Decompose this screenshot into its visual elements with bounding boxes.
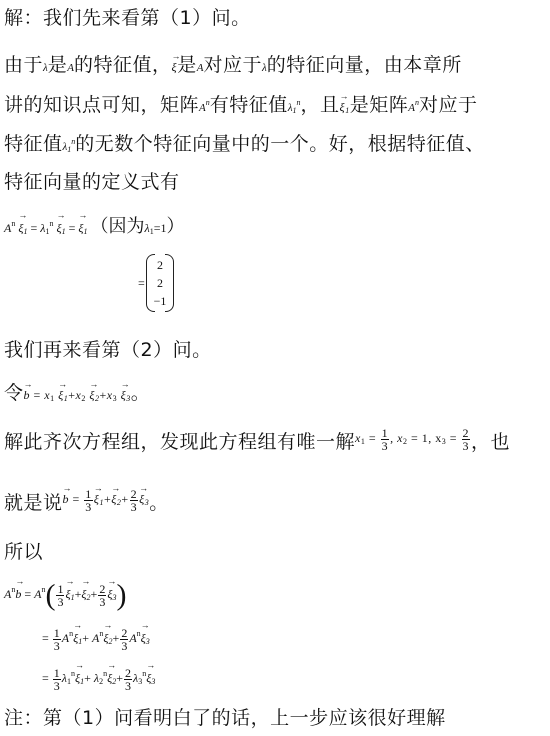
para1-line2: 讲的知识点可知，矩阵An有特征值λ1n，且ξ1是矩阵An对应于 (4, 88, 477, 123)
text: 的无数个特征向量中的一个。好，根据特征值、 (75, 133, 485, 155)
part2-heading: 我们再来看第（2）问。 (4, 338, 212, 362)
sub: 1 (84, 227, 88, 236)
derivation-line1: Anb = An(13ξ1+ξ2+23ξ3) (4, 580, 126, 608)
x2-value: = 1, x (407, 431, 441, 445)
text: 由于 (4, 54, 43, 76)
xi1-vector: ξ1 (58, 376, 68, 411)
note-open: （因为 (91, 216, 145, 237)
solve-line2: 就是说b = 13ξ1+ξ2+23ξ3。 (4, 486, 169, 521)
condition: =1 (154, 221, 167, 235)
cell: 2 (140, 274, 180, 292)
b-vector: b (24, 376, 31, 407)
A: A (129, 631, 136, 645)
cell: 2 (140, 256, 180, 274)
xi1-vector: ξ1 (94, 480, 104, 515)
fraction: 13 (56, 583, 64, 608)
x2-label: , x (390, 431, 403, 445)
para1-line4: 特征向量的定义式有 (4, 170, 180, 194)
note-close: ） (167, 216, 185, 237)
fraction: 23 (124, 667, 132, 692)
numerator: 1 (84, 488, 93, 501)
text: 讲的知识点可知，矩阵 (4, 94, 199, 116)
b-vector: b (63, 480, 70, 511)
sub: 3 (126, 394, 131, 403)
fraction: 23 (98, 583, 106, 608)
sub: 1 (64, 394, 69, 403)
xi3-vector: ξ3 (107, 580, 116, 602)
text: 是矩阵 (350, 94, 409, 116)
fraction: 23 (120, 627, 128, 652)
denominator: 3 (56, 596, 64, 608)
solve-line1: 解此齐次方程组，发现此方程组有唯一解x1 = 13, x2 = 1, x3 = … (4, 430, 510, 460)
numerator: 1 (381, 427, 390, 440)
xi2-vector: ξ2 (89, 376, 99, 411)
xi3-vector: ξ3 (121, 376, 131, 411)
xi1-vector: ξ1 (73, 624, 82, 646)
denominator: 3 (130, 501, 139, 513)
note: 注：第（1）问看明白了的话，上一步应该很好理解 (4, 706, 446, 730)
A: A (408, 102, 415, 114)
text: ，也 (471, 431, 510, 453)
equation-1: An ξ1 = λ1n ξ1 = ξ1 （因为λ1=1） (4, 212, 185, 238)
exp-n: n (11, 219, 15, 228)
numerator: 1 (56, 583, 64, 596)
fraction: 13 (381, 427, 390, 452)
ling-line: 令b = x1 ξ1+x2 ξ2+x3 ξ3。 (4, 376, 150, 411)
text: 特征值 (4, 133, 63, 155)
text: 就是说 (4, 492, 63, 514)
text: 是 (48, 54, 68, 76)
right-paren (165, 254, 174, 312)
numerator: 2 (120, 627, 128, 640)
sub: 1 (23, 227, 27, 236)
plus: + (68, 388, 75, 402)
sub: 1 (62, 227, 66, 236)
cell: −1 (140, 292, 180, 310)
text: 的特征向量，由本章所 (267, 54, 462, 76)
matrix-An: An (199, 102, 210, 114)
numerator: 2 (130, 488, 139, 501)
linear-combination: b = x1 ξ1+x2 ξ2+x3 ξ3 (24, 388, 131, 402)
sub: 3 (113, 394, 118, 403)
xi2-vector: ξ2 (81, 580, 90, 602)
fraction: 23 (130, 488, 139, 513)
text: 。 (131, 382, 151, 404)
b-expression: b = 13ξ1+ξ2+23ξ3 (63, 492, 150, 506)
text: 对应于 (419, 94, 478, 116)
xi2-vector: ξ2 (107, 664, 116, 686)
part1-heading: 解：我们先来看第（1）问。 (4, 6, 251, 30)
b-vector: b (15, 580, 21, 602)
text: 令 (4, 382, 24, 404)
denominator: 3 (124, 680, 132, 692)
plus: + (100, 388, 107, 402)
xi1-vector: ξ1 (78, 214, 87, 236)
numerator: 1 (53, 627, 61, 640)
denominator: 3 (98, 596, 106, 608)
xi-vector: ξ (172, 48, 178, 79)
text: 的特征值， (74, 54, 172, 76)
text: 解此齐次方程组，发现此方程组有唯一解 (4, 431, 355, 453)
xi2-vector: ξ2 (111, 480, 121, 515)
denominator: 3 (53, 680, 61, 692)
denominator: 3 (462, 440, 471, 452)
para1-line3: 特征值λ1n的无数个特征向量中的一个。好，根据特征值、 (4, 130, 485, 162)
fraction: 13 (53, 627, 61, 652)
sub: 1 (50, 394, 55, 403)
sub: 2 (81, 394, 86, 403)
fraction: 13 (53, 667, 61, 692)
numerator: 1 (53, 667, 61, 680)
text: 。 (149, 492, 169, 514)
xi3-vector: ξ3 (139, 480, 149, 515)
exp-n: n (49, 219, 53, 228)
denominator: 3 (84, 501, 93, 513)
equals: = (69, 221, 76, 235)
xi1-vector: ξ1 (56, 214, 65, 236)
matrix-An: An (408, 102, 419, 114)
xi3-vector: ξ3 (141, 624, 150, 646)
xi2-vector: ξ2 (103, 624, 112, 646)
column-vector: = 2 2 −1 (140, 254, 180, 312)
fraction: 23 (462, 427, 471, 452)
equals: = (30, 221, 37, 235)
solution: x1 = 13, x2 = 1, x3 = 23 (355, 431, 471, 445)
derivation-line2: = 13Anξ1+ Anξ2+23Anξ3 (42, 624, 150, 652)
text: 有特征值 (210, 94, 288, 116)
denominator: 3 (120, 640, 128, 652)
text: 对应于 (203, 54, 262, 76)
fraction: 13 (84, 488, 93, 513)
numerator: 2 (98, 583, 106, 596)
denominator: 3 (381, 440, 390, 452)
text: ，且 (301, 94, 340, 116)
denominator: 3 (53, 640, 61, 652)
xi1-vector: ξ1 (340, 88, 350, 123)
numerator: 2 (462, 427, 471, 440)
xi1-vector: ξ1 (65, 580, 74, 602)
suoyi: 所以 (4, 540, 43, 564)
lambda1-n: λ1n (63, 141, 76, 153)
para1-line1: 由于λ是A的特征值，ξ是A对应于λ的特征向量，由本章所 (4, 48, 462, 80)
lambda1-n: λ1n (288, 102, 301, 114)
A: A (199, 102, 206, 114)
xi3-vector: ξ3 (146, 664, 155, 686)
sub: 1 (45, 227, 49, 236)
xi1-vector: ξ1 (75, 664, 84, 686)
sub: 2 (95, 394, 100, 403)
vector-cells: 2 2 −1 (140, 256, 180, 310)
numerator: 2 (124, 667, 132, 680)
derivation-line3: = 13λ1nξ1+ λ2nξ2+23λ3nξ3 (42, 664, 155, 692)
xi1-vector: ξ1 (18, 214, 27, 236)
